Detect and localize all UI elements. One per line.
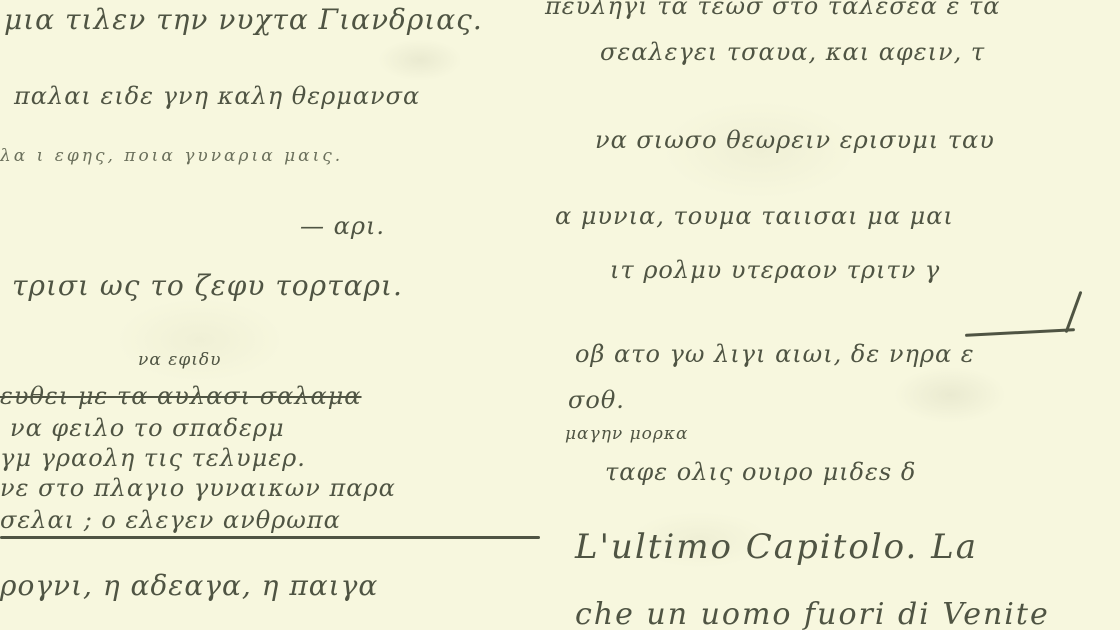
manuscript-line: ταφε ολις ουιρο μιδεs δ bbox=[605, 460, 916, 484]
manuscript-line: σεαλεγει τσαυα, και αφειν, τ bbox=[600, 40, 985, 64]
manuscript-line: πευληγι τα τεωσ στο ταλεσεα ε τα bbox=[545, 0, 1000, 18]
manuscript-line: ρογνι, η αδεαγα, η παιγα bbox=[0, 572, 378, 600]
manuscript-page: μια τιλεν την νυχτα Γιανδριας. παλαι ειδ… bbox=[0, 0, 1120, 630]
manuscript-line: τρισι ως το ζεφυ τορταρι. bbox=[12, 272, 403, 300]
manuscript-line: παλαι ειδε γνη καλη θερμανσα bbox=[14, 84, 420, 108]
struck-line: σελαι ; ο ελεγεν ανθρωπα bbox=[0, 508, 341, 532]
manuscript-line: α μυνια, τουμα ταιισαι μα μαι bbox=[555, 204, 954, 228]
manuscript-line: μια τιλεν την νυχτα Γιανδριας. bbox=[4, 6, 483, 34]
manuscript-line: che un uomo fuori di Venite bbox=[575, 600, 1050, 630]
manuscript-line: οβ ατο γω λιγι αιωι, δε νηρα ε bbox=[575, 342, 975, 366]
manuscript-line: σοθ. bbox=[568, 388, 625, 412]
chapter-heading-line: L'ultimo Capitolo. La bbox=[575, 530, 978, 564]
interlinear-addition: να εφιδυ bbox=[138, 352, 221, 369]
insertion-mark bbox=[965, 328, 1075, 337]
manuscript-line: νε στο πλαγιο γυναικων παρα bbox=[0, 476, 396, 500]
strikethrough-stroke bbox=[0, 536, 540, 539]
manuscript-line: να σιωσο θεωρειν ερισυμι ταυ bbox=[595, 128, 995, 152]
manuscript-line: λα ι εφης, ποια γυναρια μαις. bbox=[0, 148, 343, 165]
manuscript-line: να φειλο το σπαδερμ bbox=[10, 416, 285, 440]
interlinear-addition: μαγην μορκα bbox=[565, 426, 689, 443]
struck-line: ευθει με τα αυλασι σαλαμα bbox=[0, 384, 362, 408]
manuscript-line: — αρι. bbox=[300, 214, 385, 238]
manuscript-line: ιτ ρολμυ υτεραον τριτν γ bbox=[610, 258, 940, 282]
manuscript-line: γμ γραολη τις τελυμερ. bbox=[0, 446, 306, 470]
insertion-mark bbox=[1065, 291, 1083, 333]
